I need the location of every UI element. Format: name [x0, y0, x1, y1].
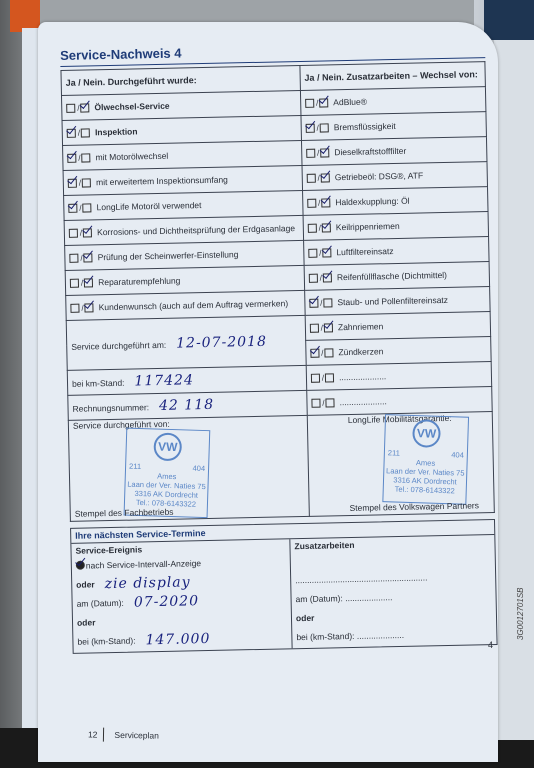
- right-item-label: Reifenfüllflasche (Dichtmittel): [337, 270, 447, 282]
- service-table: Ja / Nein. Durchgeführt wurde:Ja / Nein.…: [60, 61, 494, 522]
- partner-stamp-label: Stempel des Volkswagen Partners: [349, 500, 479, 513]
- right-item: /Haldexkupplung: Öl: [302, 187, 488, 216]
- extra-km-field[interactable]: bei (km-Stand): ....................: [296, 629, 404, 641]
- left-item-label: Ölwechsel-Service: [94, 101, 169, 113]
- right-item-label: AdBlue®: [333, 97, 367, 108]
- right-item-label: Dieselkraftstofffilter: [334, 146, 406, 158]
- yes-checkbox[interactable]: [309, 299, 318, 308]
- yes-checkbox[interactable]: [66, 104, 75, 113]
- stamp-code-right: 404: [451, 450, 464, 459]
- yes-checkbox[interactable]: [67, 129, 76, 138]
- left-item-label: Kundenwunsch (auch auf dem Auftrag verme…: [99, 299, 289, 313]
- slash: /: [79, 203, 81, 212]
- slash: /: [320, 298, 322, 307]
- right-item-label: ....................: [339, 372, 386, 383]
- right-item: /Zündkerzen: [305, 337, 491, 366]
- next-km-label: bei (km-Stand):: [77, 635, 135, 646]
- handwritten-note: zie display: [104, 574, 190, 592]
- yes-checkbox[interactable]: [311, 374, 320, 383]
- invoice-label: Rechnungsnummer:: [72, 402, 149, 414]
- right-item: /....................: [307, 387, 493, 416]
- right-item: /....................: [306, 362, 492, 391]
- right-item-label: Bremsflüssigkeit: [334, 121, 396, 132]
- slash: /: [316, 123, 318, 132]
- interval-checkbox[interactable]: [76, 561, 85, 570]
- no-checkbox[interactable]: [325, 373, 334, 382]
- stamp-code-left: 211: [388, 448, 400, 457]
- no-checkbox[interactable]: [325, 398, 334, 407]
- right-item-label: Zahnriemen: [338, 322, 384, 333]
- left-item-label: mit Motorölwechsel: [95, 151, 168, 163]
- km-value[interactable]: 117424: [134, 372, 194, 389]
- slash: /: [322, 398, 324, 407]
- yes-checkbox[interactable]: [305, 99, 314, 108]
- yes-checkbox[interactable]: [69, 229, 78, 238]
- no-checkbox[interactable]: [322, 248, 331, 257]
- invoice-value[interactable]: 42 118: [159, 397, 214, 414]
- next-date-label: am (Datum):: [77, 597, 124, 608]
- extra-date-field[interactable]: am (Datum): ....................: [295, 592, 392, 604]
- right-item-label: ....................: [339, 397, 386, 408]
- left-item-label: LongLife Motoröl verwendet: [96, 200, 201, 212]
- stamp-code-left: 211: [129, 462, 141, 471]
- service-date-value[interactable]: 12-07-2018: [176, 333, 267, 351]
- right-item: /Dieselkraftstofffilter: [301, 137, 487, 166]
- stamp-tel: Tel.: 078-6143322: [383, 484, 465, 496]
- no-checkbox[interactable]: [324, 323, 333, 332]
- right-item-label: Zündkerzen: [338, 347, 383, 358]
- next-km-value[interactable]: 147.000: [145, 630, 210, 647]
- or-label: oder: [76, 579, 95, 589]
- or-label: oder: [77, 617, 96, 627]
- service-form: Service-Nachweis 4 Ja / Nein. Durchgefüh…: [60, 39, 498, 654]
- slash: /: [78, 153, 80, 162]
- no-checkbox[interactable]: [82, 203, 91, 212]
- no-checkbox[interactable]: [80, 103, 89, 112]
- yes-checkbox[interactable]: [310, 349, 319, 358]
- left-item-label: mit erweitertem Inspektionsumfang: [96, 175, 228, 188]
- no-checkbox[interactable]: [320, 148, 329, 157]
- dealer-stamp: VW 211404 Ames Laan der Ver. Naties 75 3…: [124, 428, 211, 519]
- no-checkbox[interactable]: [321, 198, 330, 207]
- right-item-label: Keilrippenriemen: [336, 221, 400, 232]
- no-checkbox[interactable]: [323, 273, 332, 282]
- corner-mark: 4: [488, 640, 493, 650]
- yes-checkbox[interactable]: [69, 254, 78, 263]
- right-item: /Keilrippenriemen: [303, 212, 489, 241]
- slash: /: [79, 178, 81, 187]
- right-item: /AdBlue®: [300, 87, 486, 116]
- dealer-stamp-cell: Service durchgeführt von: VW 211404 Ames…: [68, 415, 309, 521]
- no-checkbox[interactable]: [84, 278, 93, 287]
- next-service-section: Ihre nächsten Service-Termine Service-Er…: [70, 519, 498, 654]
- right-item: /Staub- und Pollenfiltereinsatz: [304, 287, 490, 316]
- yes-checkbox[interactable]: [68, 179, 77, 188]
- vw-logo-icon: VW: [412, 419, 441, 448]
- vw-logo-icon: VW: [153, 432, 182, 461]
- yes-checkbox[interactable]: [306, 149, 315, 158]
- no-checkbox[interactable]: [319, 98, 328, 107]
- footer-divider: [103, 728, 104, 742]
- yes-checkbox[interactable]: [309, 274, 318, 283]
- no-checkbox[interactable]: [83, 228, 92, 237]
- yes-checkbox[interactable]: [308, 249, 317, 258]
- no-checkbox[interactable]: [84, 253, 93, 262]
- service-event-column: Service-Ereignis nach Service-Intervall-…: [71, 539, 292, 653]
- yes-checkbox[interactable]: [306, 174, 315, 183]
- right-item: /Zahnriemen: [305, 312, 491, 341]
- or-label: oder: [296, 612, 315, 622]
- side-code: 3G0012701SB: [516, 588, 525, 641]
- km-label: bei km-Stand:: [72, 378, 125, 389]
- page-number: 12: [88, 729, 98, 739]
- right-item: /Reifenfüllflasche (Dichtmittel): [304, 262, 490, 291]
- yes-checkbox[interactable]: [70, 279, 79, 288]
- service-date-cell: Service durchgeführt am:12-07-2018: [66, 315, 306, 370]
- yes-checkbox[interactable]: [311, 399, 320, 408]
- next-date-value[interactable]: 07-2020: [134, 593, 200, 610]
- left-item-label: Reparaturempfehlung: [98, 276, 180, 288]
- right-item-label: Haldexkupplung: Öl: [335, 196, 409, 208]
- partner-stamp: VW 211404 Ames Laan der Ver. Naties 75 3…: [382, 414, 469, 505]
- yes-checkbox[interactable]: [68, 204, 77, 213]
- right-item-label: Staub- und Pollenfiltereinsatz: [337, 295, 448, 307]
- extra-work-column: Zusatzarbeiten .........................…: [290, 535, 496, 648]
- right-item: /Getriebeöl: DSG®, ATF: [302, 162, 488, 191]
- page-footer: 12 Serviceplan: [88, 727, 159, 742]
- right-item-label: Getriebeöl: DSG®, ATF: [335, 171, 424, 183]
- no-checkbox[interactable]: [85, 303, 94, 312]
- no-checkbox[interactable]: [323, 298, 332, 307]
- interval-label: nach Service-Intervall-Anzeige: [86, 558, 201, 570]
- no-checkbox[interactable]: [321, 173, 330, 182]
- no-checkbox[interactable]: [81, 153, 90, 162]
- right-page: [494, 40, 534, 740]
- yes-checkbox[interactable]: [308, 224, 317, 233]
- left-item-label: Inspektion: [95, 127, 138, 138]
- no-checkbox[interactable]: [320, 123, 329, 132]
- slash: /: [322, 373, 324, 382]
- right-item: /Luftfiltereinsatz: [303, 237, 489, 266]
- footer-section: Serviceplan: [114, 730, 159, 741]
- right-item: /Bremsflüssigkeit: [301, 112, 487, 141]
- background-navy-object: [484, 0, 534, 40]
- no-checkbox[interactable]: [81, 128, 90, 137]
- extra-work-field[interactable]: ........................................…: [295, 572, 427, 585]
- no-checkbox[interactable]: [324, 348, 333, 357]
- service-date-label: Service durchgeführt am:: [71, 339, 166, 351]
- right-item-label: Luftfiltereinsatz: [336, 246, 393, 257]
- yes-checkbox[interactable]: [310, 324, 319, 333]
- dealer-stamp-label: Stempel des Fachbetriebs: [75, 507, 174, 519]
- yes-checkbox[interactable]: [67, 154, 76, 163]
- yes-checkbox[interactable]: [305, 124, 314, 133]
- partner-stamp-cell: LongLife Mobilitätsgarantie: VW 211404 A…: [307, 412, 494, 517]
- no-checkbox[interactable]: [322, 223, 331, 232]
- left-item-label: Prüfung der Scheinwerfer-Einstellung: [98, 250, 239, 263]
- slash: /: [78, 128, 80, 137]
- yes-checkbox[interactable]: [70, 304, 79, 313]
- right-header: Ja / Nein. Zusatzarbeiten – Wechsel von:: [300, 62, 486, 91]
- slash: /: [321, 348, 323, 357]
- stamp-code-right: 404: [192, 464, 205, 473]
- left-item-label: Korrosions- und Dichtheitsprüfung der Er…: [97, 223, 295, 237]
- no-checkbox[interactable]: [82, 178, 91, 187]
- yes-checkbox[interactable]: [307, 199, 316, 208]
